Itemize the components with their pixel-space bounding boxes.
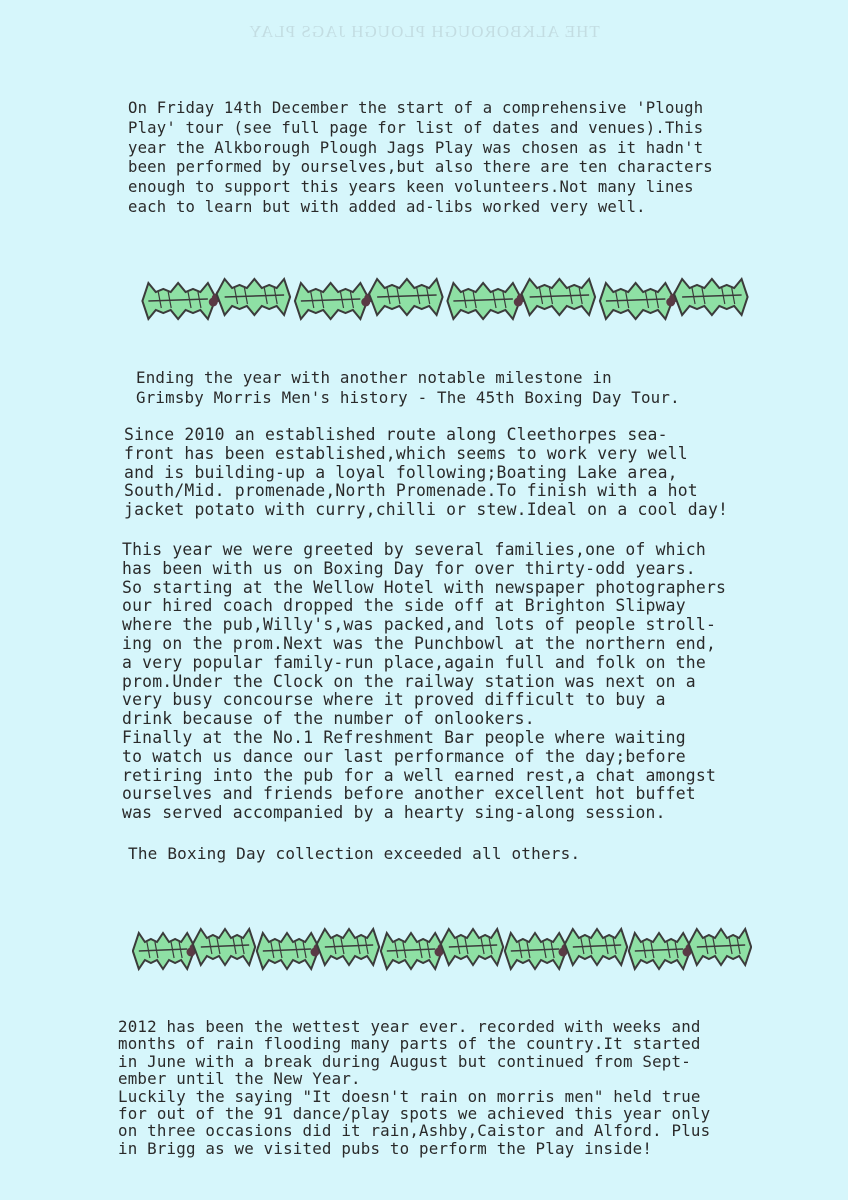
text-line: for out of the 91 dance/play spots we ac… <box>118 1105 710 1122</box>
holly-border-top <box>140 262 750 332</box>
holly-leaf-icon <box>522 279 596 315</box>
text-line: retiring into the pub for a well earned … <box>122 767 726 786</box>
text-line: has been with us on Boxing Day for over … <box>122 560 726 579</box>
text-line: ing on the prom.Next was the Punchbowl a… <box>122 635 726 654</box>
holly-leaf-icon <box>257 933 319 969</box>
text-line: ourselves and friends before another exc… <box>122 785 726 804</box>
text-line: very busy concourse where it proved diff… <box>122 691 726 710</box>
text-line: been performed by ourselves,but also the… <box>128 158 713 178</box>
text-line: each to learn but with added ad-libs wor… <box>128 198 713 218</box>
text-line: Ending the year with another notable mil… <box>136 368 680 388</box>
holly-leaf-icon <box>142 283 216 319</box>
weather-paragraph: 2012 has been the wettest year ever. rec… <box>118 1018 710 1157</box>
holly-berry-icon <box>666 298 675 307</box>
text-line: enough to support this years keen volunt… <box>128 178 713 198</box>
text-line: On Friday 14th December the start of a c… <box>128 99 713 119</box>
holly-leaf-icon <box>689 929 751 965</box>
text-line: 2012 has been the wettest year ever. rec… <box>118 1018 710 1035</box>
holly-leaf-icon <box>629 933 691 969</box>
holly-leaf-icon <box>447 283 521 319</box>
text-line: South/Mid. promenade,North Promenade.To … <box>124 482 728 501</box>
holly-leaf-icon <box>369 279 443 315</box>
text-line: ember until the New Year. <box>118 1070 710 1087</box>
text-line: Play' tour (see full page for list of da… <box>128 119 713 139</box>
text-line: Luckily the saying "It doesn't rain on m… <box>118 1088 710 1105</box>
holly-berry-icon <box>514 298 523 307</box>
text-line: Finally at the No.1 Refreshment Bar peop… <box>122 729 726 748</box>
text-line: on three occasions did it rain,Ashby,Cai… <box>118 1122 710 1139</box>
holly-leaf-icon <box>600 283 674 319</box>
text-line: was served accompanied by a hearty sing-… <box>122 804 726 823</box>
tour-intro-paragraph: On Friday 14th December the start of a c… <box>128 99 713 218</box>
text-line: our hired coach dropped the side off at … <box>122 597 726 616</box>
text-line: to watch us dance our last performance o… <box>122 748 726 767</box>
text-line: This year we were greeted by several fam… <box>122 541 726 560</box>
collection-paragraph: The Boxing Day collection exceeded all o… <box>128 845 580 863</box>
text-line: months of rain flooding many parts of th… <box>118 1035 710 1052</box>
holly-leaf-icon <box>674 279 748 315</box>
holly-berry-icon <box>361 298 370 307</box>
holly-leaf-icon <box>133 933 195 969</box>
boxing-day-heading: Ending the year with another notable mil… <box>136 368 680 408</box>
holly-berry-icon <box>209 298 218 307</box>
text-line: jacket potato with curry,chilli or stew.… <box>124 501 728 520</box>
text-line: The Boxing Day collection exceeded all o… <box>128 845 580 863</box>
text-line: So starting at the Wellow Hotel with new… <box>122 579 726 598</box>
text-line: prom.Under the Clock on the railway stat… <box>122 673 726 692</box>
ghost-header-text: THE ALKBOROUGH PLOUGH JAGS PLAY <box>0 22 848 42</box>
holly-leaf-icon <box>217 279 291 315</box>
text-line: a very popular family-run place,again fu… <box>122 654 726 673</box>
holly-leaf-icon <box>295 283 369 319</box>
text-line: Since 2010 an established route along Cl… <box>124 426 728 445</box>
this-year-paragraph: This year we were greeted by several fam… <box>122 541 726 823</box>
text-line: in Brigg as we visited pubs to perform t… <box>118 1140 710 1157</box>
text-line: in June with a break during August but c… <box>118 1053 710 1070</box>
holly-leaf-icon <box>505 933 567 969</box>
holly-leaf-icon <box>193 929 255 965</box>
text-line: where the pub,Willy's,was packed,and lot… <box>122 616 726 635</box>
text-line: front has been established,which seems t… <box>124 445 728 464</box>
holly-leaf-icon <box>441 929 503 965</box>
text-line: drink because of the number of onlookers… <box>122 710 726 729</box>
text-line: and is building-up a loyal following;Boa… <box>124 464 728 483</box>
holly-border-bottom <box>132 912 752 982</box>
holly-leaf-icon <box>381 933 443 969</box>
holly-leaf-icon <box>317 929 379 965</box>
text-line: year the Alkborough Plough Jags Play was… <box>128 139 713 159</box>
holly-leaf-icon <box>565 929 627 965</box>
text-line: Grimsby Morris Men's history - The 45th … <box>136 388 680 408</box>
route-paragraph: Since 2010 an established route along Cl… <box>124 426 728 520</box>
